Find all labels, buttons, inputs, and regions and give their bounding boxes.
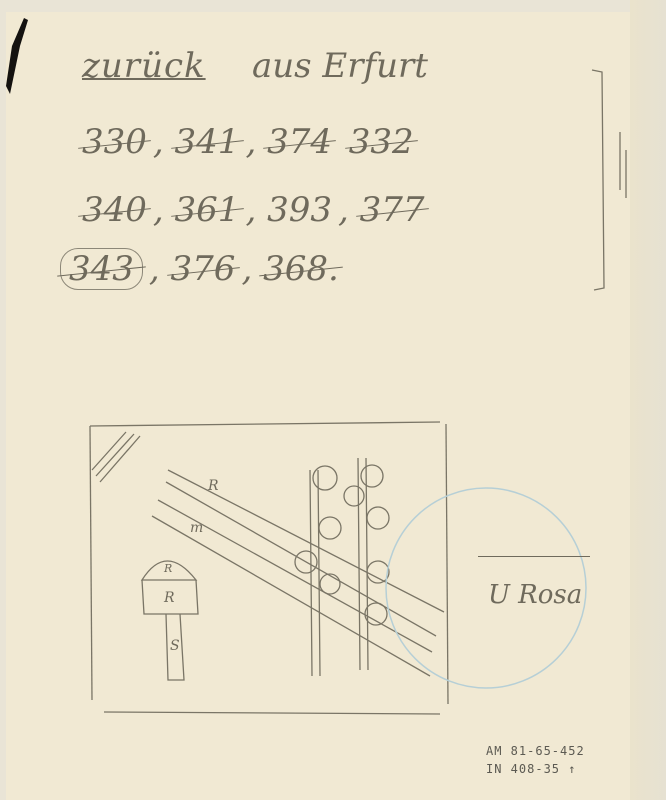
inventory-number-1: AM 81-65-452 bbox=[486, 744, 585, 758]
signature-line bbox=[478, 556, 590, 557]
sketch-label: S bbox=[170, 638, 180, 654]
sketch-label: R bbox=[164, 590, 175, 606]
right-bracket bbox=[592, 70, 604, 290]
pencil-drawing bbox=[0, 0, 666, 800]
double-tick-marks bbox=[620, 132, 626, 198]
sketch-label: R bbox=[208, 478, 219, 494]
sketch-label: R bbox=[164, 562, 172, 575]
sketch-label: m bbox=[190, 520, 203, 536]
signature: U Rosa bbox=[488, 580, 582, 610]
inventory-number-2: IN 408-35 ↑ bbox=[486, 762, 576, 776]
